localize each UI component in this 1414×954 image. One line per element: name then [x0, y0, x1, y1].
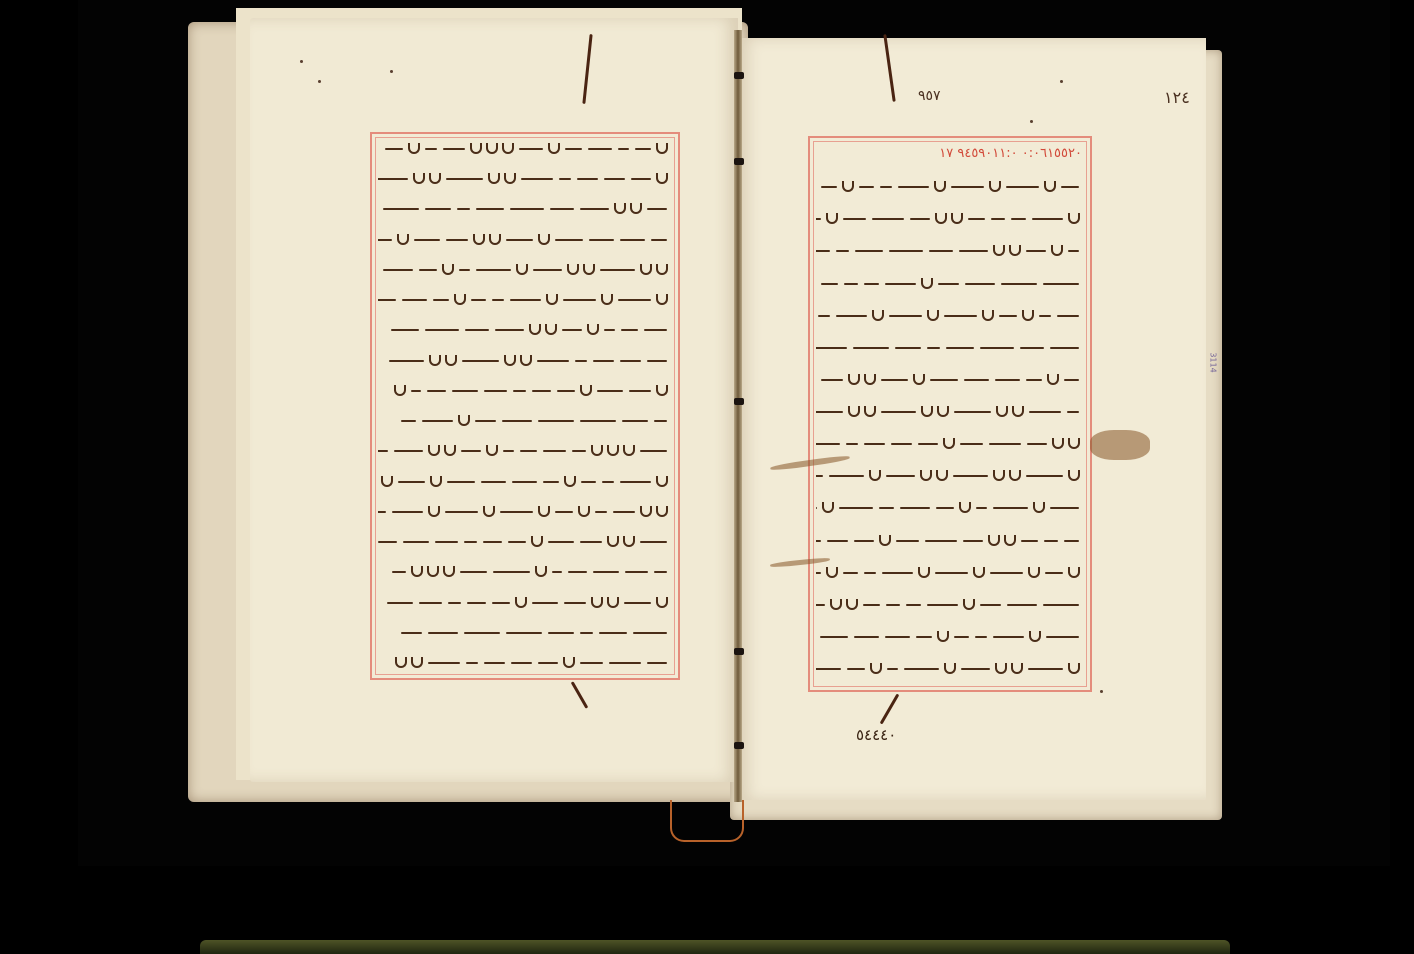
manuscript-line: [816, 435, 1082, 453]
manuscript-line: [378, 170, 670, 188]
manuscript-line: [378, 352, 670, 370]
manuscript-line: [378, 291, 670, 309]
manuscript-line: [378, 261, 670, 279]
manuscript-line: [378, 503, 670, 521]
foxing-spot: [300, 60, 303, 63]
manuscript-line: [378, 382, 670, 400]
edge-label: 3114: [1209, 352, 1218, 372]
book-gutter: [734, 30, 742, 802]
right-text-block: ٠:٠٦١٥٥٢٠ ٩٤٥٩٠١١:٠ ١٧: [816, 146, 1082, 678]
binding-thread: [670, 800, 744, 842]
folio-number: ١٢٤: [1164, 88, 1190, 107]
manuscript-line: [378, 594, 670, 612]
manuscript-line: [378, 624, 670, 642]
manuscript-line: [816, 628, 1082, 646]
binding-stitch: [734, 72, 744, 79]
catchword: ٥٤٤٤٠: [856, 726, 896, 744]
manuscript-line: [816, 532, 1082, 550]
ink-stain: [1090, 430, 1150, 460]
manuscript-line: [378, 654, 670, 672]
top-note: ٩٥٧: [918, 88, 941, 104]
foxing-spot: [1060, 80, 1063, 83]
manuscript-line: [378, 412, 670, 430]
manuscript-line: [378, 200, 670, 218]
manuscript-line: [816, 178, 1082, 196]
manuscript-line: [816, 564, 1082, 582]
manuscript-line: [378, 442, 670, 460]
manuscript-line: [816, 467, 1082, 485]
left-text-block: [378, 140, 670, 672]
manuscript-line: [816, 596, 1082, 614]
manuscript-line: [378, 140, 670, 158]
manuscript-line: [816, 499, 1082, 517]
manuscript-line: [816, 339, 1082, 357]
manuscript-line: [816, 242, 1082, 260]
manuscript-line: ٠:٠٦١٥٥٢٠ ٩٤٥٩٠١١:٠ ١٧: [816, 146, 1082, 164]
manuscript-line: [378, 321, 670, 339]
manuscript-line: [816, 210, 1082, 228]
binding-stitch: [734, 648, 744, 655]
manuscript-line: [378, 533, 670, 551]
foxing-spot: [318, 80, 321, 83]
manuscript-line: [816, 307, 1082, 325]
manuscript-line: [816, 371, 1082, 389]
manuscript-line: [378, 563, 670, 581]
binding-stitch: [734, 398, 744, 405]
manuscript-line: [816, 660, 1082, 678]
viewer-bottom-bar: [200, 940, 1230, 954]
manuscript-line: [378, 231, 670, 249]
foxing-spot: [1030, 120, 1033, 123]
manuscript-line: [816, 275, 1082, 293]
foxing-spot: [1100, 690, 1103, 693]
manuscript-line: [378, 473, 670, 491]
binding-stitch: [734, 158, 744, 165]
manuscript-line: [816, 403, 1082, 421]
foxing-spot: [390, 70, 393, 73]
binding-stitch: [734, 742, 744, 749]
